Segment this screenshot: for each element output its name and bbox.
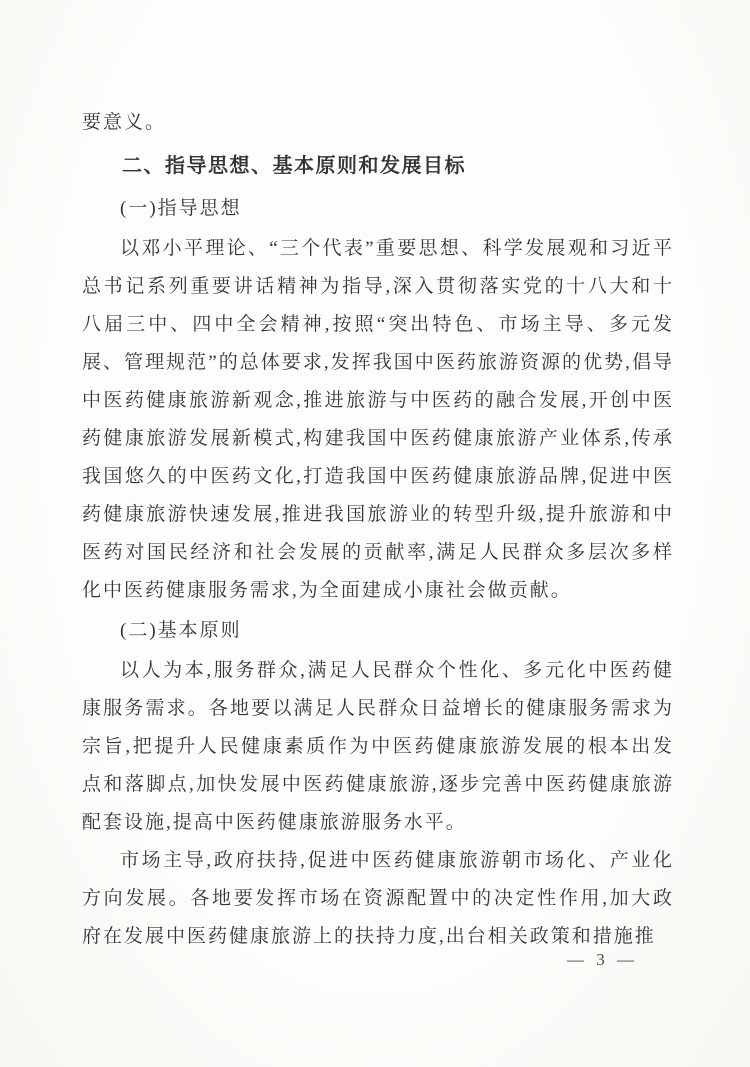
subheading-guiding-ideology: (一)指导思想	[82, 190, 674, 228]
paragraph-guiding-ideology: 以邓小平理论、“三个代表”重要思想、科学发展观和习近平总书记系列重要讲话精神为指…	[82, 230, 674, 610]
section-heading: 二、指导思想、基本原则和发展目标	[82, 147, 674, 185]
paragraph-market-led: 市场主导,政府扶持,促进中医药健康旅游朝市场化、产业化方向发展。各地要发挥市场在…	[82, 842, 674, 956]
subheading-basic-principles: (二)基本原则	[82, 612, 674, 650]
document-body: 要意义。 二、指导思想、基本原则和发展目标 (一)指导思想 以邓小平理论、“三个…	[82, 104, 674, 956]
paragraph-people-first: 以人为本,服务群众,满足人民群众个性化、多元化中医药健康服务需求。各地要以满足人…	[82, 652, 674, 842]
page-number: — 3 —	[567, 950, 638, 970]
continuation-line: 要意义。	[82, 104, 674, 142]
document-page: 要意义。 二、指导思想、基本原则和发展目标 (一)指导思想 以邓小平理论、“三个…	[0, 0, 750, 1067]
